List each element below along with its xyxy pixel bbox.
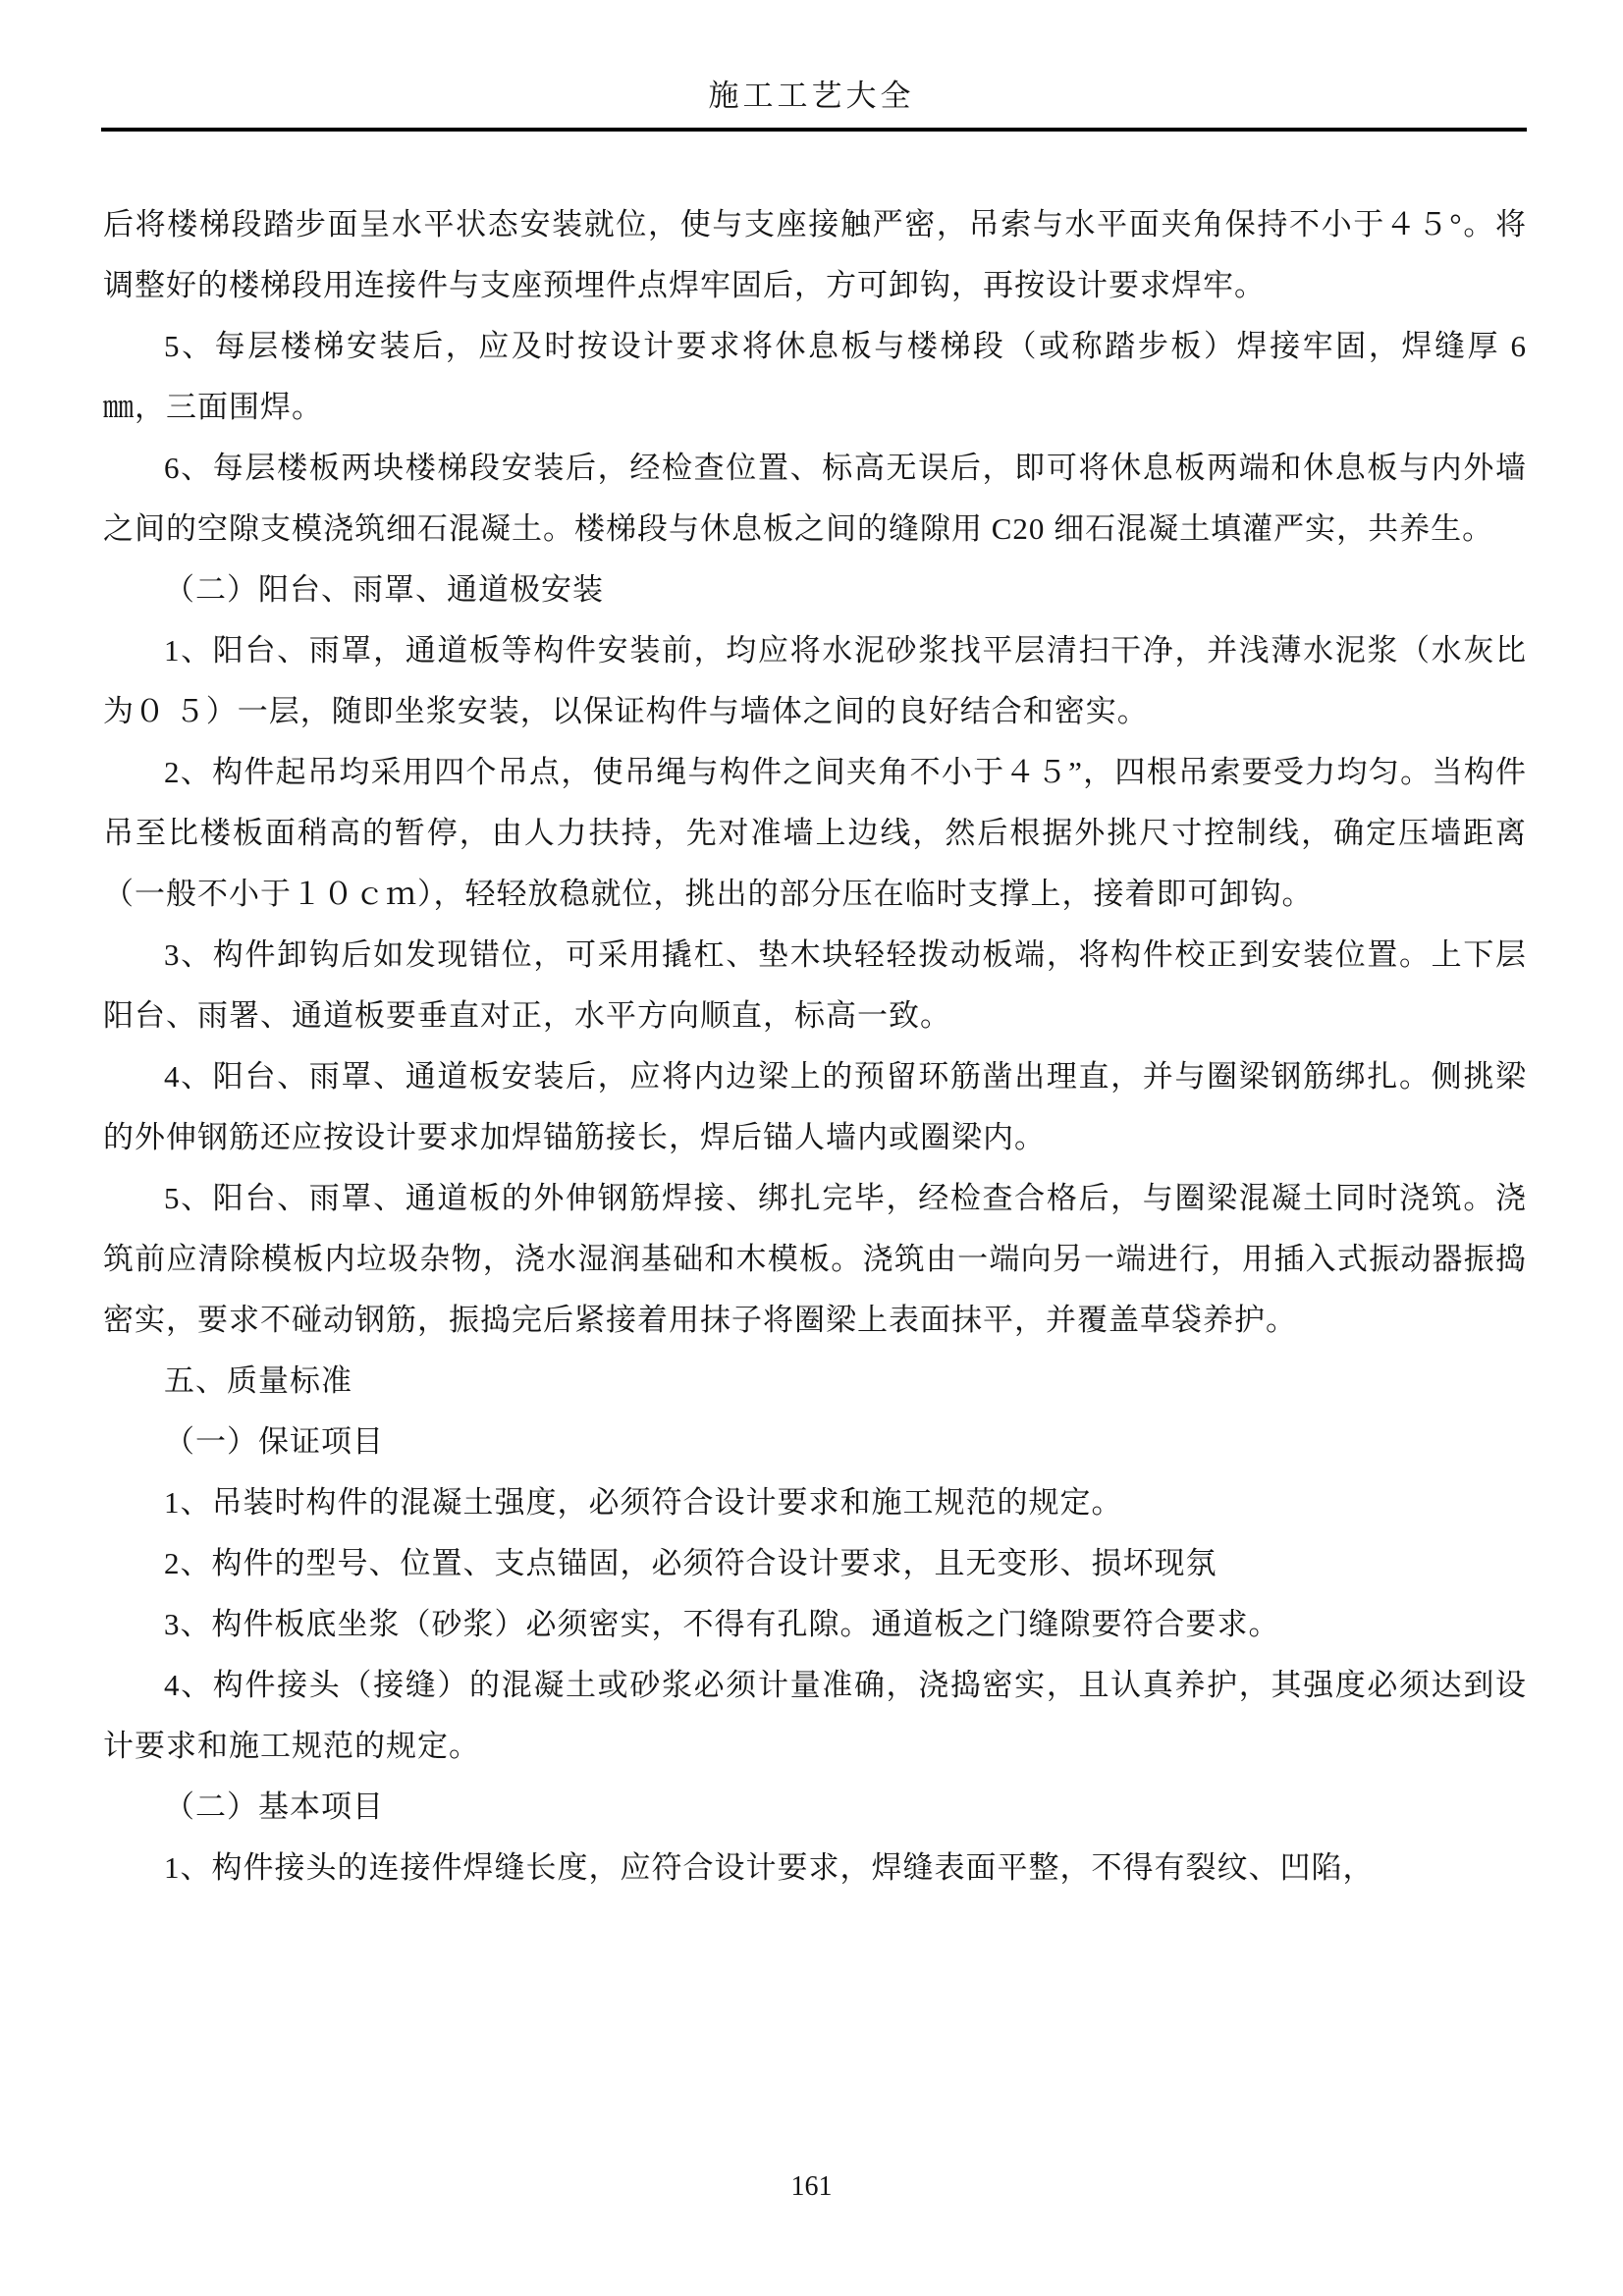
paragraph-list-item: 3、构件卸钩后如发现错位，可采用撬杠、垫木块轻轻拨动板端，将构件校正到安装位置。… bbox=[103, 925, 1527, 1046]
document-page: 施工工艺大全 后将楼梯段踏步面呈水平状态安装就位，使与支座接触严密，吊索与水平面… bbox=[0, 0, 1623, 2296]
paragraph-list-item: 1、构件接头的连接件焊缝长度，应符合设计要求，焊缝表面平整，不得有裂纹、凹陷， bbox=[103, 1838, 1527, 1898]
paragraph-list-item: 5、阳台、雨罩、通道板的外伸钢筋焊接、绑扎完毕，经检查合格后，与圈梁混凝土同时浇… bbox=[103, 1168, 1527, 1351]
paragraph-list-item: 1、阳台、雨罩，通道板等构件安装前，均应将水泥砂浆找平层清扫干净，并浅薄水泥浆（… bbox=[103, 620, 1527, 742]
paragraph-list-item: 3、构件板底坐浆（砂浆）必须密实，不得有孔隙。通道板之门缝隙要符合要求。 bbox=[103, 1594, 1527, 1655]
header-rule bbox=[101, 128, 1527, 132]
paragraph-list-item: 6、每层楼板两块楼梯段安装后，经检查位置、标高无误后，即可将休息板两端和休息板与… bbox=[103, 438, 1527, 560]
paragraph-list-item: 2、构件的型号、位置、支点锚固，必须符合设计要求，且无变形、损坏现氛 bbox=[103, 1533, 1527, 1594]
paragraph-continuation: 后将楼梯段踏步面呈水平状态安装就位，使与支座接触严密，吊索与水平面夹角保持不小于… bbox=[103, 194, 1527, 316]
paragraph-list-item: 4、阳台、雨罩、通道板安装后，应将内边梁上的预留环筋凿出理直，并与圈梁钢筋绑扎。… bbox=[103, 1046, 1527, 1168]
chapter-heading: 五、质量标准 bbox=[103, 1351, 1527, 1412]
section-heading: （二）基本项目 bbox=[103, 1777, 1527, 1838]
section-heading: （一）保证项目 bbox=[103, 1412, 1527, 1472]
page-footer: 161 bbox=[0, 2171, 1623, 2203]
section-heading: （二）阳台、雨罩、通道极安装 bbox=[103, 560, 1527, 620]
paragraph-list-item: 1、吊装时构件的混凝土强度，必须符合设计要求和施工规范的规定。 bbox=[103, 1472, 1527, 1533]
page-number: 161 bbox=[791, 2171, 833, 2202]
paragraph-list-item: 5、每层楼梯安装后，应及时按设计要求将休息板与楼梯段（或称踏步板）焊接牢固，焊缝… bbox=[103, 316, 1527, 438]
paragraph-list-item: 2、构件起吊均采用四个吊点，使吊绳与构件之间夹角不小于４５”，四根吊索要受力均匀… bbox=[103, 742, 1527, 925]
paragraph-list-item: 4、构件接头（接缝）的混凝土或砂浆必须计量准确，浇捣密实，且认真养护，其强度必须… bbox=[103, 1655, 1527, 1777]
header-title: 施工工艺大全 bbox=[0, 71, 1623, 115]
document-body: 后将楼梯段踏步面呈水平状态安装就位，使与支座接触严密，吊索与水平面夹角保持不小于… bbox=[103, 194, 1527, 1898]
